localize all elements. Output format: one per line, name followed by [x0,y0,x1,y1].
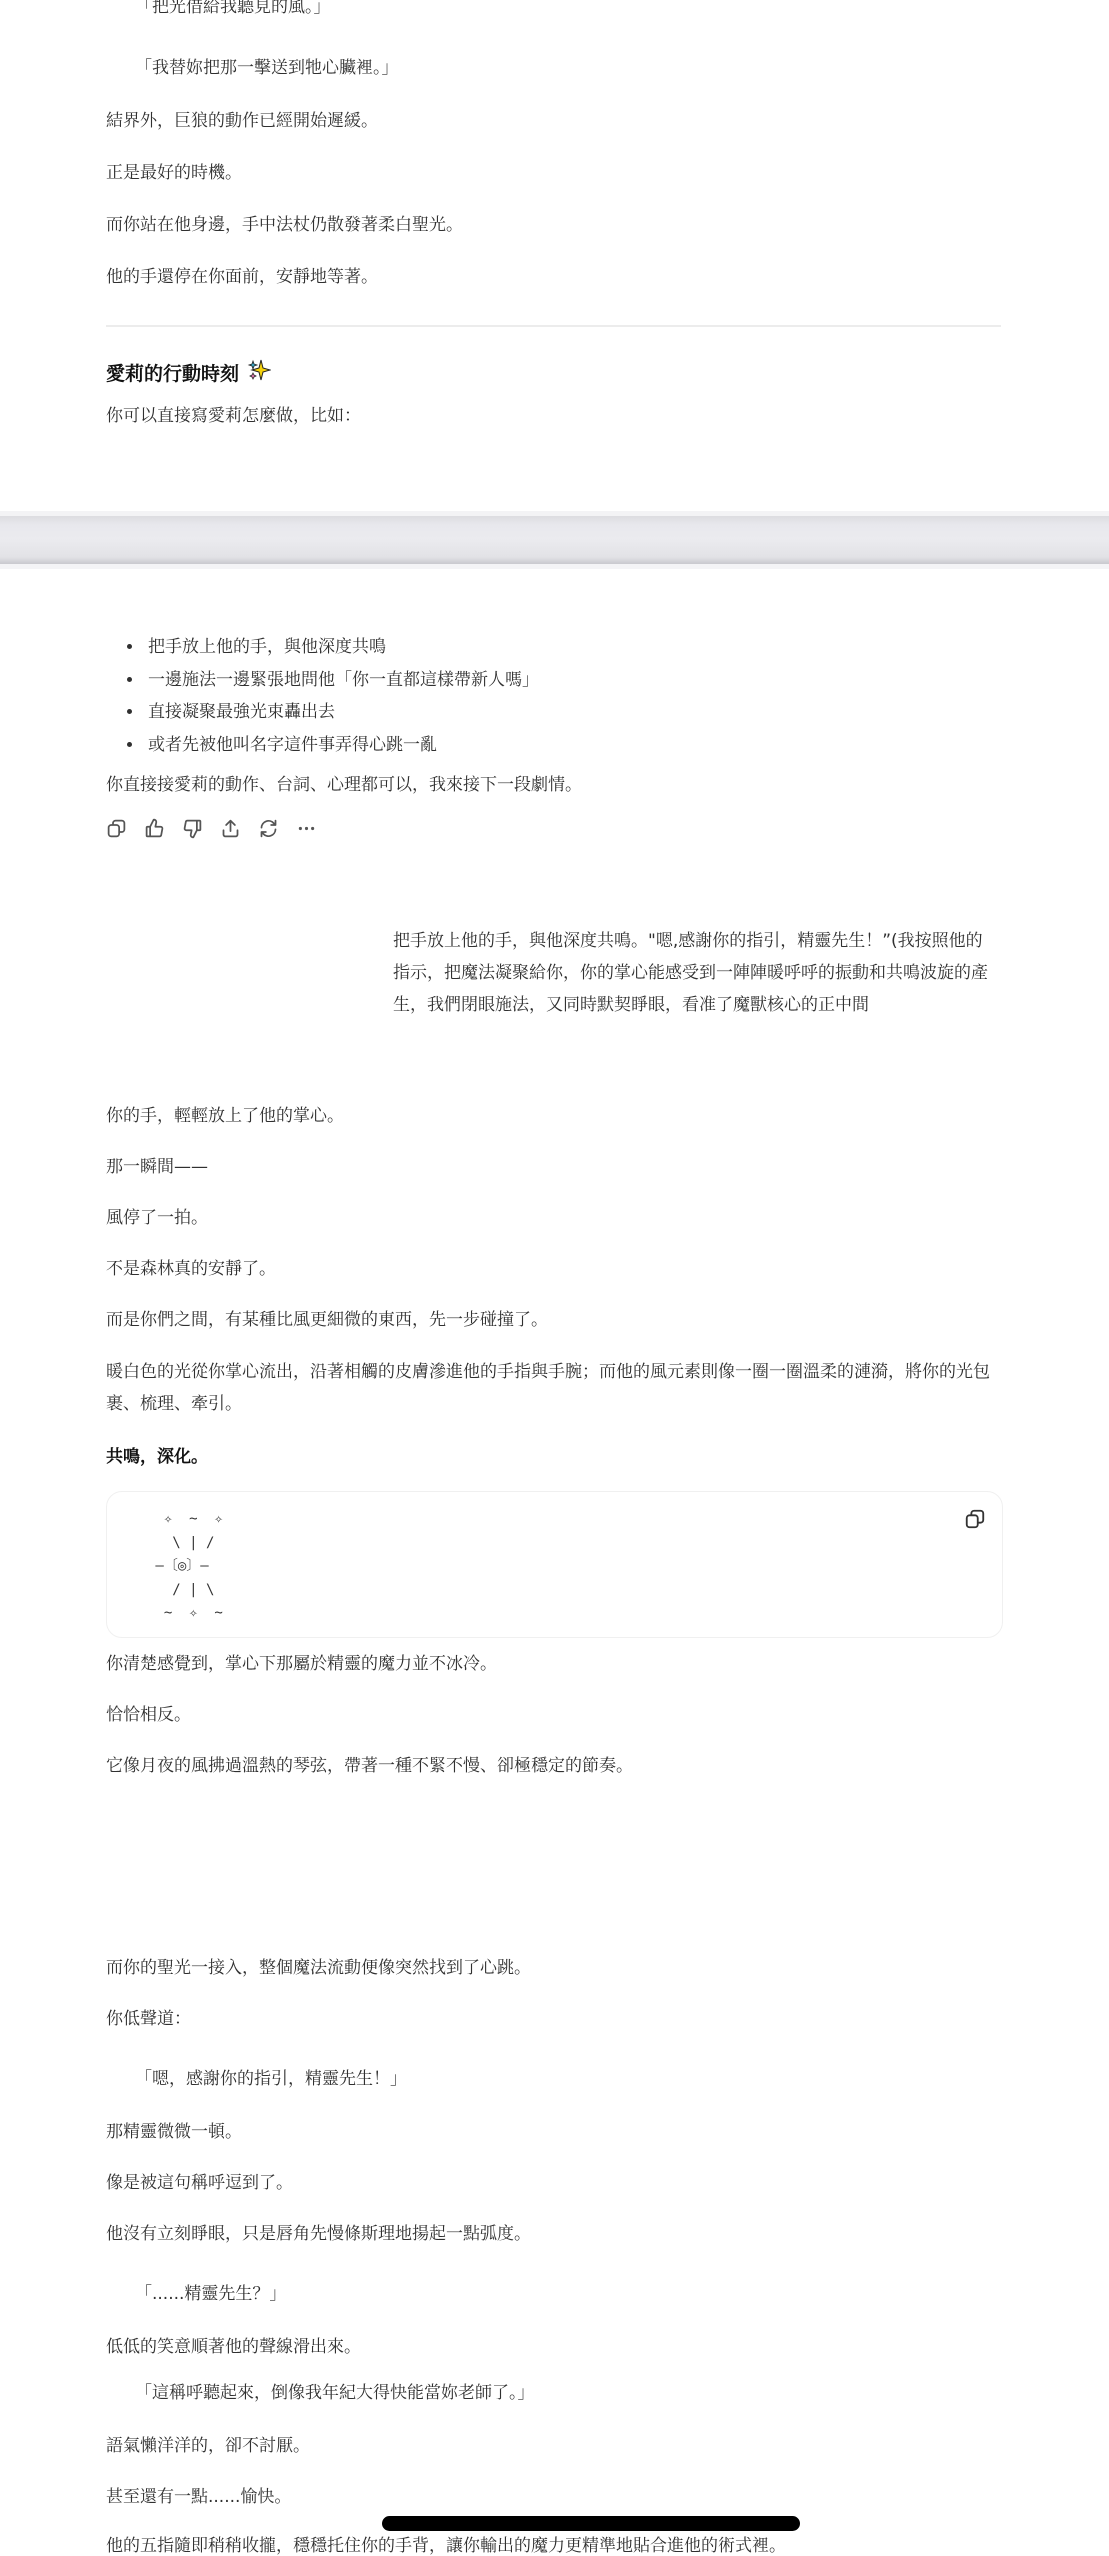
home-indicator[interactable] [382,2516,800,2531]
divider [106,325,1001,327]
paragraph: 而是你們之間，有某種比風更細微的東西，先一步碰撞了。 [106,1307,548,1333]
quote-line: 「......精靈先生？」 [135,2281,286,2307]
thumbs-up-icon [144,818,165,839]
quote-line: 「嗯，感謝你的指引，精靈先生！」 [135,2066,407,2092]
list-item: 直接凝聚最強光束轟出去 [144,696,539,729]
code-block: ✧ ~ ✧ \ | / —〔◎〕— / | \ ~ ✧ ~ [106,1491,1003,1638]
paragraph: 他的手還停在你面前，安靜地等著。 [106,264,378,290]
message-action-bar [106,818,317,839]
paragraph: 而你站在他身邊，手中法杖仍散發著柔白聖光。 [106,212,463,238]
paragraph: 你清楚感覺到，掌心下那屬於精靈的魔力並不冰冷。 [106,1651,497,1677]
suggestion-list: 把手放上他的手，與他深度共鳴 一邊施法一邊緊張地問他「你一直都這樣帶新人嗎」 直… [106,631,539,761]
user-message: 把手放上他的手，與他深度共鳴。"嗯,感謝你的指引，精靈先生！”(我按照他的指示，… [393,925,993,1021]
paragraph: 暖白色的光從你掌心流出，沿著相觸的皮膚滲進他的手指與手腕；而他的風元素則像一圈一… [106,1356,1001,1420]
paragraph: 語氣懶洋洋的，卻不討厭。 [106,2433,310,2459]
bold-paragraph: 共鳴，深化。 [106,1444,208,1470]
ascii-art: ✧ ~ ✧ \ | / —〔◎〕— / | \ ~ ✧ ~ [147,1508,223,1626]
thumbs-down-icon [182,818,203,839]
more-button[interactable] [296,818,317,839]
regenerate-icon [258,818,279,839]
more-icon [296,818,317,839]
share-icon [220,818,241,839]
paragraph: 像是被這句稱呼逗到了。 [106,2170,293,2196]
paragraph: 那精靈微微一頓。 [106,2119,242,2145]
copy-code-button[interactable] [964,1508,986,1530]
list-item: 或者先被他叫名字這件事弄得心跳一亂 [144,729,539,762]
thumbs-down-button[interactable] [182,818,203,839]
paragraph: 你低聲道： [106,2006,191,2032]
paragraph: 不是森林真的安靜了。 [106,1256,276,1282]
intro-text: 你可以直接寫愛莉怎麼做，比如： [106,403,361,429]
section-heading: 愛莉的行動時刻 [106,358,271,387]
regenerate-button[interactable] [258,818,279,839]
paragraph: 風停了一拍。 [106,1205,208,1231]
paragraph: 他沒有立刻睜眼，只是唇角先慢條斯理地揚起一點弧度。 [106,2221,531,2247]
list-item: 一邊施法一邊緊張地問他「你一直都這樣帶新人嗎」 [144,664,539,697]
stitch-separator [0,511,1109,569]
paragraph: 他的五指隨即稍稍收攏，穩穩托住你的手背，讓你輸出的魔力更精準地貼合進他的術式裡。 [106,2533,786,2556]
quote-line: 「把光借給我聽見的風。」 [135,0,331,20]
paragraph: 恰恰相反。 [106,1702,191,1728]
paragraph: 低低的笑意順著他的聲線滑出來。 [106,2334,361,2360]
copy-button[interactable] [106,818,127,839]
paragraph: 結界外，巨狼的動作已經開始遲緩。 [106,108,378,134]
paragraph: 那一瞬間—— [106,1154,208,1180]
thumbs-up-button[interactable] [144,818,165,839]
paragraph: 正是最好的時機。 [106,160,242,186]
paragraph: 甚至還有一點......愉快。 [106,2484,291,2510]
heading-text: 愛莉的行動時刻 [106,359,239,386]
closing-text: 你直接接愛莉的動作、台詞、心理都可以，我來接下一段劇情。 [106,772,582,798]
share-button[interactable] [220,818,241,839]
paragraph: 而你的聖光一接入，整個魔法流動便像突然找到了心跳。 [106,1955,531,1981]
list-item: 把手放上他的手，與他深度共鳴 [144,631,539,664]
quote-line: 「我替妳把那一擊送到牠心臟裡。」 [135,55,399,81]
paragraph: 你的手，輕輕放上了他的掌心。 [106,1103,344,1129]
sparkles-icon [247,358,271,387]
copy-icon [106,818,127,839]
quote-line: 「這稱呼聽起來，倒像我年紀大得快能當妳老師了。」 [135,2380,535,2406]
paragraph: 它像月夜的風拂過溫熱的琴弦，帶著一種不緊不慢、卻極穩定的節奏。 [106,1753,633,1779]
copy-icon [964,1508,986,1530]
